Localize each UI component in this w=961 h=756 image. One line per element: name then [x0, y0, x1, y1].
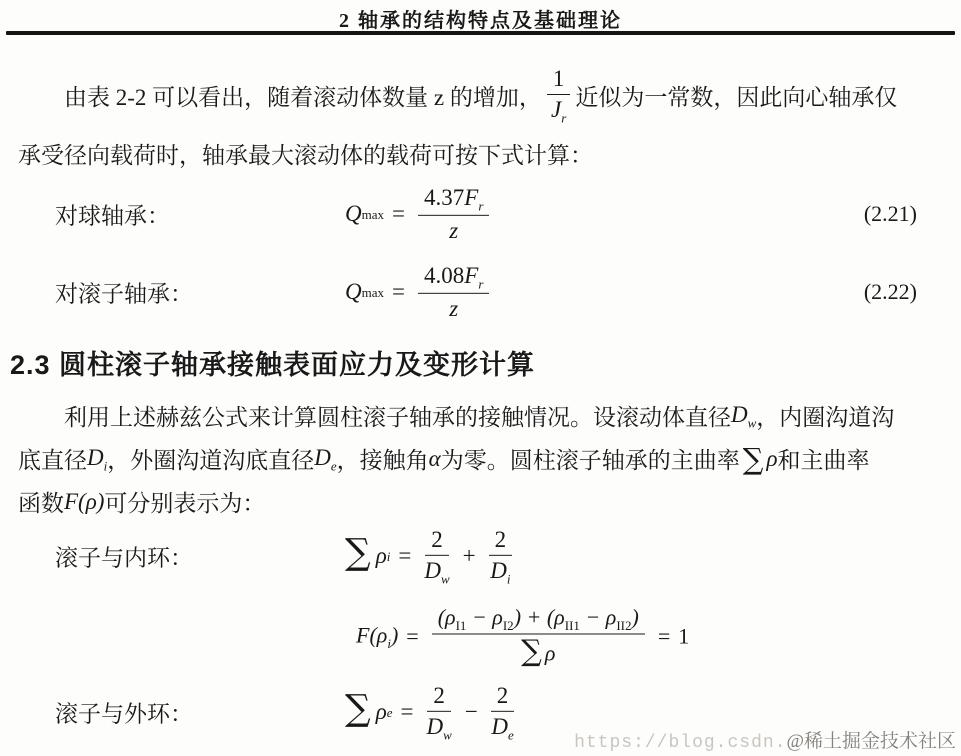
- equals-sign: =: [658, 623, 670, 649]
- paragraph-2-line-3: 函数 F(ρ) 可分别表示为：: [18, 480, 958, 523]
- equation-row-roller-inner-ring: 滚子与内环： ∑ ρi = 2 Dw + 2 Di: [0, 519, 961, 593]
- equation-row-roller-bearing: 对滚子轴承： Qmax = 4.08Fr z (2.22): [0, 261, 961, 323]
- para1-text-post: 近似为一常数，因此向心轴承仅: [575, 79, 897, 112]
- math-sub-max: max: [362, 208, 384, 221]
- fraction-curvature-function: (ρI1 − ρI2) + (ρII1 − ρII2) ∑ρ: [432, 605, 645, 666]
- fraction-2-over-Dw: 2 Dw: [424, 527, 449, 585]
- paragraph-2-line-1: 利用上述赫兹公式来计算圆柱滚子轴承的接触情况。设滚动体直径 Dw ，内圈沟道沟: [18, 394, 958, 437]
- eq-label-roller-bearing: 对滚子轴承：: [55, 276, 193, 309]
- math-Dw: Dw: [731, 402, 756, 430]
- sum-symbol: ∑: [521, 634, 542, 668]
- paragraph-2: 利用上述赫兹公式来计算圆柱滚子轴承的接触情况。设滚动体直径 Dw ，内圈沟道沟 …: [18, 394, 958, 523]
- fraction-2-over-De: 2 De: [491, 683, 515, 741]
- math-rho: ρ: [376, 699, 387, 725]
- math-rho: ρ: [376, 543, 387, 569]
- eq-number-2-21: (2.21): [864, 201, 917, 227]
- sum-symbol: ∑: [743, 445, 764, 474]
- equals-sign: =: [392, 279, 405, 305]
- fraction-denominator: Jr: [551, 95, 566, 125]
- watermark-badge: @稀土掘金技术社区: [787, 726, 957, 753]
- inline-fraction-1-over-Jr: 1 Jr: [547, 66, 571, 124]
- header-rule: [6, 31, 955, 35]
- watermark: https://blog.csdn. @稀土掘金技术社区: [574, 726, 956, 753]
- eq-label-ball-bearing: 对球轴承：: [55, 198, 170, 231]
- math-one: 1: [678, 623, 689, 649]
- fraction-437Fr-over-z: 4.37Fr z: [418, 185, 489, 243]
- equals-sign: =: [406, 623, 418, 649]
- math-Di: Di: [87, 445, 107, 473]
- equals-sign: =: [401, 699, 414, 725]
- sum-symbol: ∑: [345, 535, 371, 571]
- page-header-title: 2 轴承的结构特点及基础理论: [0, 4, 961, 33]
- math-Q: Q: [345, 279, 362, 305]
- section-heading-2-3: 2.3 圆柱滚子轴承接触表面应力及变形计算: [10, 343, 535, 382]
- math-De: De: [314, 445, 336, 473]
- eq-math-sum-rho-e: ∑ ρe = 2 Dw − 2 De: [345, 683, 519, 741]
- document-page: 2 轴承的结构特点及基础理论 由表 2-2 可以看出，随着滚动体数量 z 的增加…: [0, 0, 961, 756]
- math-sub-max: max: [362, 286, 384, 299]
- fraction-numerator: (ρI1 − ρI2) + (ρII1 − ρII2): [432, 605, 645, 634]
- eq-number-2-22: (2.22): [864, 279, 917, 305]
- fraction-2-over-Di: 2 Di: [489, 527, 513, 585]
- eq-math-qmax-ball: Qmax = 4.37Fr z: [345, 185, 494, 243]
- equals-sign: =: [398, 543, 411, 569]
- sum-symbol: ∑: [345, 691, 371, 727]
- para1-text-pre: 由表 2-2 可以看出，随着滚动体数量 z 的增加，: [64, 79, 542, 112]
- math-Q: Q: [345, 201, 362, 227]
- eq-math-F-rho-i: F(ρi) = (ρI1 − ρI2) + (ρII1 − ρII2) ∑ρ =…: [356, 605, 689, 666]
- math-F-rho: F(ρ): [64, 489, 104, 515]
- math-alpha: α: [429, 446, 441, 472]
- equation-row-ball-bearing: 对球轴承： Qmax = 4.37Fr z (2.21): [0, 183, 961, 245]
- fraction-numerator: 1: [547, 66, 571, 95]
- fraction-denominator: ∑ρ: [521, 635, 555, 667]
- fraction-denominator: z: [449, 215, 458, 243]
- equation-row-F-rho: F(ρi) = (ρI1 − ρI2) + (ρII1 − ρII2) ∑ρ =…: [0, 599, 961, 673]
- equals-sign: =: [392, 201, 405, 227]
- eq-label-roller-outer: 滚子与外环：: [55, 696, 193, 729]
- eq-math-qmax-roller: Qmax = 4.08Fr z: [345, 263, 494, 321]
- fraction-408Fr-over-z: 4.08Fr z: [418, 263, 489, 321]
- minus-sign: −: [465, 699, 478, 725]
- paragraph-1-line-2: 承受径向载荷时，轴承最大滚动体的载荷可按下式计算：: [18, 137, 593, 170]
- paragraph-2-line-2: 底直径 Di ，外圈沟道沟底直径 De ，接触角 α 为零。圆柱滚子轴承的主曲率…: [18, 437, 958, 480]
- watermark-url: https://blog.csdn.: [574, 733, 786, 753]
- eq-math-sum-rho-i: ∑ ρi = 2 Dw + 2 Di: [345, 527, 517, 585]
- eq-label-roller-inner: 滚子与内环：: [55, 540, 193, 573]
- math-rho: ρ: [766, 446, 777, 472]
- fraction-denominator: z: [449, 293, 458, 321]
- math-F-rho-i: F(ρi): [356, 622, 398, 649]
- fraction-2-over-Dw: 2 Dw: [427, 683, 452, 741]
- plus-sign: +: [463, 543, 476, 569]
- paragraph-1-line-1: 由表 2-2 可以看出，随着滚动体数量 z 的增加， 1 Jr 近似为一常数，因…: [18, 56, 953, 134]
- fraction-numerator: 4.08Fr: [418, 263, 489, 294]
- fraction-numerator: 4.37Fr: [418, 185, 489, 216]
